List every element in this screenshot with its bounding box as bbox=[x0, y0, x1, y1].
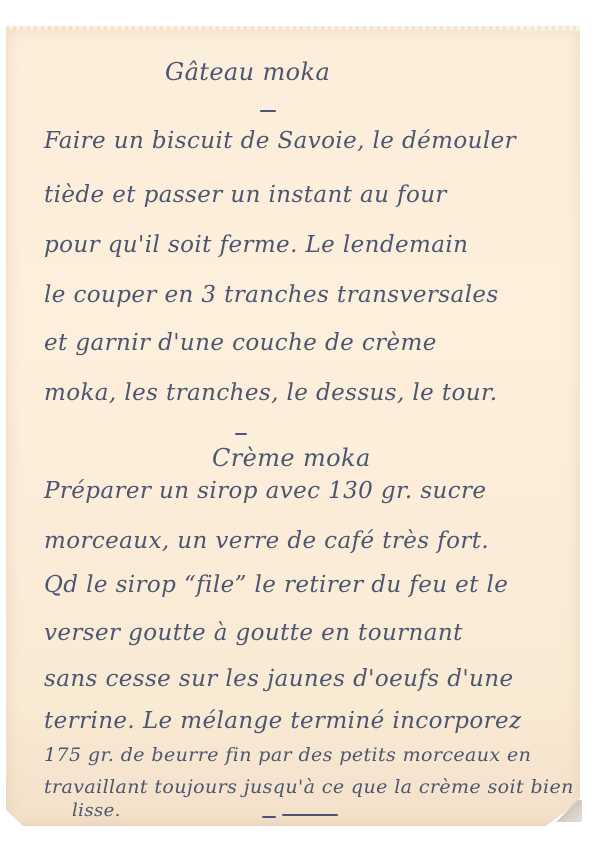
paper-dog-ear bbox=[552, 800, 582, 822]
title-underline-dash bbox=[260, 110, 276, 112]
body-line: 175 gr. de beurre fin par des petits mor… bbox=[44, 744, 531, 766]
end-dash bbox=[262, 816, 276, 818]
body-line: tiède et passer un instant au four bbox=[44, 182, 447, 208]
body-line: lisse. bbox=[72, 800, 121, 821]
body-line: pour qu'il soit ferme. Le lendemain bbox=[44, 232, 468, 258]
body-line: sans cesse sur les jaunes d'oeufs d'une bbox=[44, 666, 514, 692]
body-line: et garnir d'une couche de crème bbox=[44, 330, 437, 356]
body-line: Préparer un sirop avec 130 gr. sucre bbox=[44, 478, 486, 504]
body-line: terrine. Le mélange terminé incorporez bbox=[44, 708, 522, 734]
recipe-title: Gâteau moka bbox=[165, 58, 330, 86]
body-line: moka, les tranches, le dessus, le tour. bbox=[44, 380, 498, 406]
section-separator-dash bbox=[235, 433, 247, 435]
paper-torn-top-edge bbox=[6, 26, 580, 30]
body-line: verser goutte à goutte en tournant bbox=[44, 620, 463, 646]
body-line: le couper en 3 tranches transversales bbox=[44, 282, 499, 308]
body-line: travaillant toujours jusqu'à ce que la c… bbox=[44, 776, 574, 798]
body-line: Faire un biscuit de Savoie, le démouler bbox=[44, 128, 516, 154]
end-line bbox=[282, 814, 338, 816]
body-line: Qd le sirop “file” le retirer du feu et … bbox=[44, 572, 508, 598]
body-line: morceaux, un verre de café très fort. bbox=[44, 528, 489, 554]
section-title: Crème moka bbox=[212, 444, 371, 472]
